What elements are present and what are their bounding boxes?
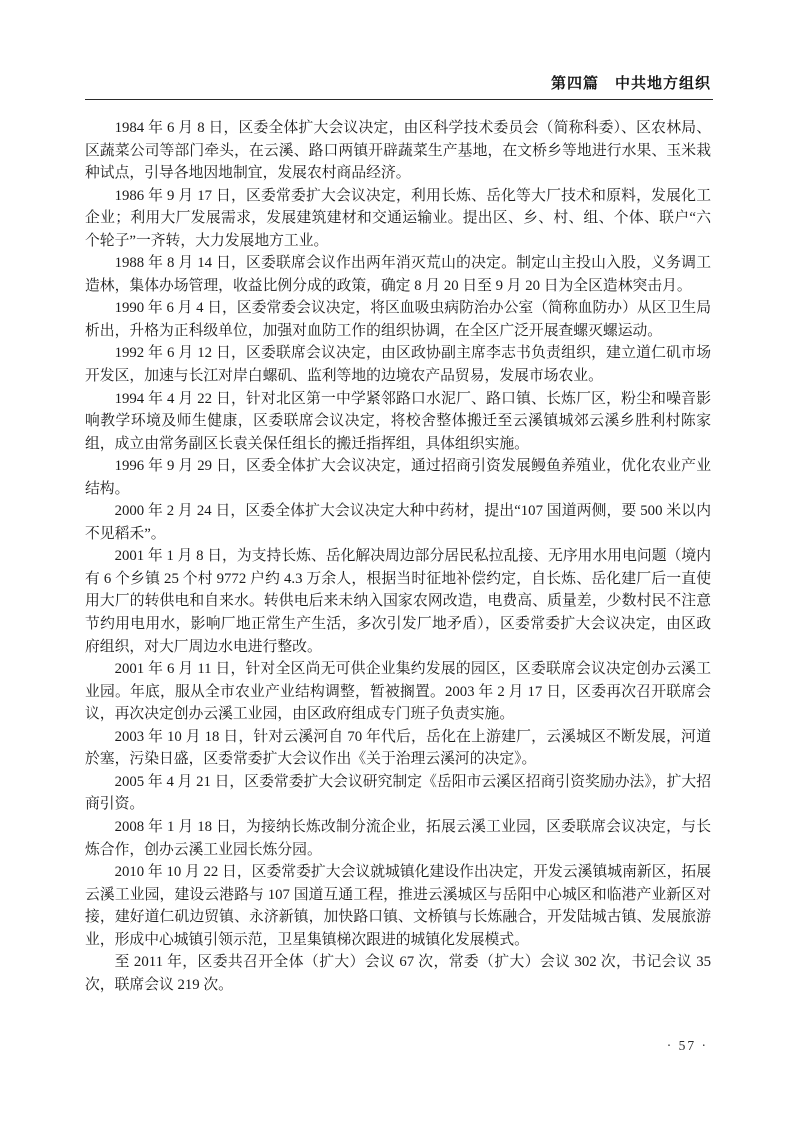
body-paragraph: 2001 年 1 月 8 日，为支持长炼、岳化解决周边部分居民私拉乱接、无序用水… xyxy=(85,545,711,658)
body-paragraph: 1988 年 8 月 14 日，区委联席会议作出两年消灭荒山的决定。制定山主投山… xyxy=(85,252,711,297)
body-paragraph: 2003 年 10 月 18 日，针对云溪河自 70 年代后，岳化在上游建厂，云… xyxy=(85,726,711,771)
body-paragraph: 2001 年 6 月 11 日，针对全区尚无可供企业集约发展的园区，区委联席会议… xyxy=(85,658,711,726)
body-paragraph: 1992 年 6 月 12 日，区委联席会议决定，由区政协副主席李志书负责组织，… xyxy=(85,342,711,387)
body-paragraph: 1996 年 9 月 29 日，区委全体扩大会议决定，通过招商引资发展鳗鱼养殖业… xyxy=(85,455,711,500)
body-paragraph: 2010 年 10 月 22 日，区委常委扩大会议就城镇化建设作出决定，开发云溪… xyxy=(85,861,711,951)
body-paragraph: 1984 年 6 月 8 日，区委全体扩大会议决定，由区科学技术委员会（简称科委… xyxy=(85,117,711,185)
body-paragraph: 2008 年 1 月 18 日，为接纳长炼改制分流企业，拓展云溪工业园，区委联席… xyxy=(85,816,711,861)
body-paragraph: 1990 年 6 月 4 日，区委常委会议决定，将区血吸虫病防治办公室（简称血防… xyxy=(85,297,711,342)
body-paragraph: 至 2011 年，区委共召开全体（扩大）会议 67 次，常委（扩大）会议 302… xyxy=(85,951,711,996)
page-number: · 57 · xyxy=(667,1038,708,1054)
body-paragraph: 1986 年 9 月 17 日，区委常委扩大会议决定，利用长炼、岳化等大厂技术和… xyxy=(85,185,711,253)
body-paragraph: 1994 年 4 月 22 日，针对北区第一中学紧邻路口水泥厂、路口镇、长炼厂区… xyxy=(85,388,711,456)
body-paragraph: 2000 年 2 月 24 日，区委全体扩大会议决定大种中药材，提出“107 国… xyxy=(85,500,711,545)
running-header: 第四篇 中共地方组织 xyxy=(85,72,711,93)
header-rule xyxy=(85,99,713,100)
document-page: 第四篇 中共地方组织 1984 年 6 月 8 日，区委全体扩大会议决定，由区科… xyxy=(0,0,793,1122)
body-paragraph: 2005 年 4 月 21 日，区委常委扩大会议研究制定《岳阳市云溪区招商引资奖… xyxy=(85,771,711,816)
page-body: 1984 年 6 月 8 日，区委全体扩大会议决定，由区科学技术委员会（简称科委… xyxy=(85,117,711,996)
